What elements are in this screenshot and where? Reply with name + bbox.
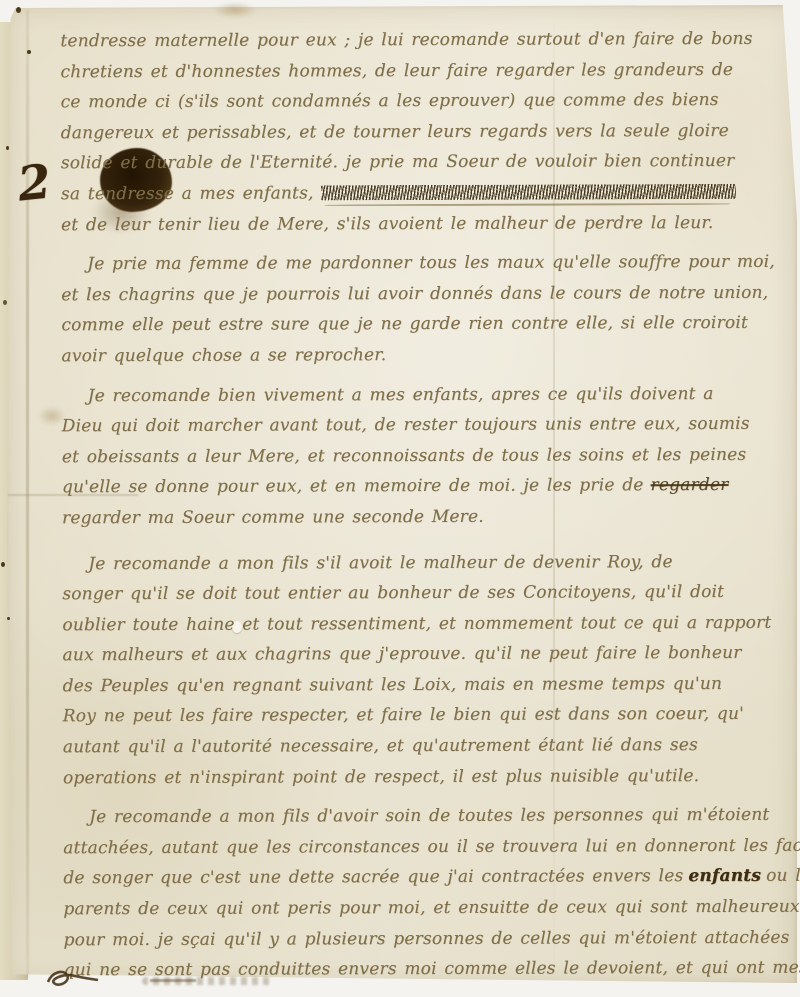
manuscript-line: et de leur tenir lieu de Mere, s'ils avo…	[61, 207, 787, 240]
manuscript-line: et les chagrins que je pourrois lui avoi…	[61, 277, 787, 310]
paragraph-5: Je recomande a mon fils d'avoir soin de …	[63, 800, 790, 986]
manuscript-text: tendresse maternelle pour eux ; je lui r…	[60, 24, 789, 986]
manuscript-line: chretiens et d'honnestes hommes, de leur…	[60, 54, 786, 87]
manuscript-line: dangereux et perissables, et de tourner …	[61, 116, 787, 149]
manuscript-line: solide et durable de l'Eternité. je prie…	[61, 146, 787, 179]
manuscript-line: Je recomande a mon fils d'avoir soin de …	[63, 800, 789, 833]
manuscript-line: qu'elle se donne pour eux, et en memoire…	[62, 470, 788, 503]
manuscript-line: comme elle peut estre sure que je ne gar…	[61, 308, 787, 341]
ink-speck	[27, 50, 31, 54]
paragraph-2: Je prie ma femme de me pardonner tous le…	[61, 247, 787, 372]
manuscript-line: pour moi. je sçai qu'il y a plusieurs pe…	[63, 922, 789, 955]
manuscript-line: oublier toute haine et tout ressentiment…	[62, 607, 788, 640]
manuscript-line: avoir quelque chose a se reprocher.	[61, 339, 787, 372]
manuscript-line: aux malheurs et aux chagrins que j'eprou…	[62, 638, 788, 671]
ink-speck	[3, 300, 7, 305]
manuscript-line: Je recomande a mon fils s'il avoit le ma…	[62, 546, 788, 579]
manuscript-line: operations et n'inspirant point de respe…	[63, 760, 789, 793]
ink-flourish	[44, 964, 102, 994]
page-number-annotation: 2	[15, 154, 53, 212]
paragraph-3: Je recomande bien vivement a mes enfants…	[62, 378, 789, 534]
overwritten-word: enfants	[688, 866, 761, 886]
ghost-text-dash	[150, 979, 196, 982]
paragraph-4: Je recomande a mon fils s'il avoit le ma…	[62, 546, 789, 793]
manuscript-line: attachées, autant que les circonstances …	[63, 831, 789, 864]
manuscript-line: de songer que c'est une dette sacrée que…	[63, 861, 789, 894]
manuscript-line: regarder ma Soeur comme une seconde Mere…	[62, 501, 788, 534]
stain-top	[213, 2, 257, 18]
manuscript-line: songer qu'il se doit tout entier au bonh…	[62, 577, 788, 610]
manuscript-line: et obeissants a leur Mere, et reconnoiss…	[62, 439, 788, 472]
ink-speck	[6, 146, 9, 150]
manuscript-line: Je recomande bien vivement a mes enfants…	[62, 378, 788, 411]
paragraph-1: tendresse maternelle pour eux ; je lui r…	[60, 24, 787, 241]
manuscript-line: ce monde ci (s'ils sont condamnés a les …	[61, 85, 787, 118]
manuscript-line: tendresse maternelle pour eux ; je lui r…	[60, 24, 786, 57]
ink-speck	[7, 617, 10, 620]
manuscript-line: Je prie ma femme de me pardonner tous le…	[61, 247, 787, 280]
manuscript-line: Dieu qui doit marcher avant tout, de res…	[62, 409, 788, 442]
ink-speck	[1, 562, 5, 567]
manuscript-line: des Peuples qu'en regnant suivant les Lo…	[63, 669, 789, 702]
ink-speck	[16, 7, 21, 13]
manuscript-line: autant qu'il a l'autorité necessaire, et…	[63, 730, 789, 763]
manuscript-scan: 2 tendresse maternelle pour eux ; je lui…	[0, 0, 800, 997]
manuscript-line: parents de ceux qui ont peris pour moi, …	[63, 892, 789, 925]
manuscript-line: Roy ne peut les faire respecter, et fair…	[63, 699, 789, 732]
scratched-out-text	[321, 184, 736, 200]
struck-word: regarder	[651, 475, 729, 495]
manuscript-line: sa tendresse a mes enfants,	[61, 177, 787, 210]
